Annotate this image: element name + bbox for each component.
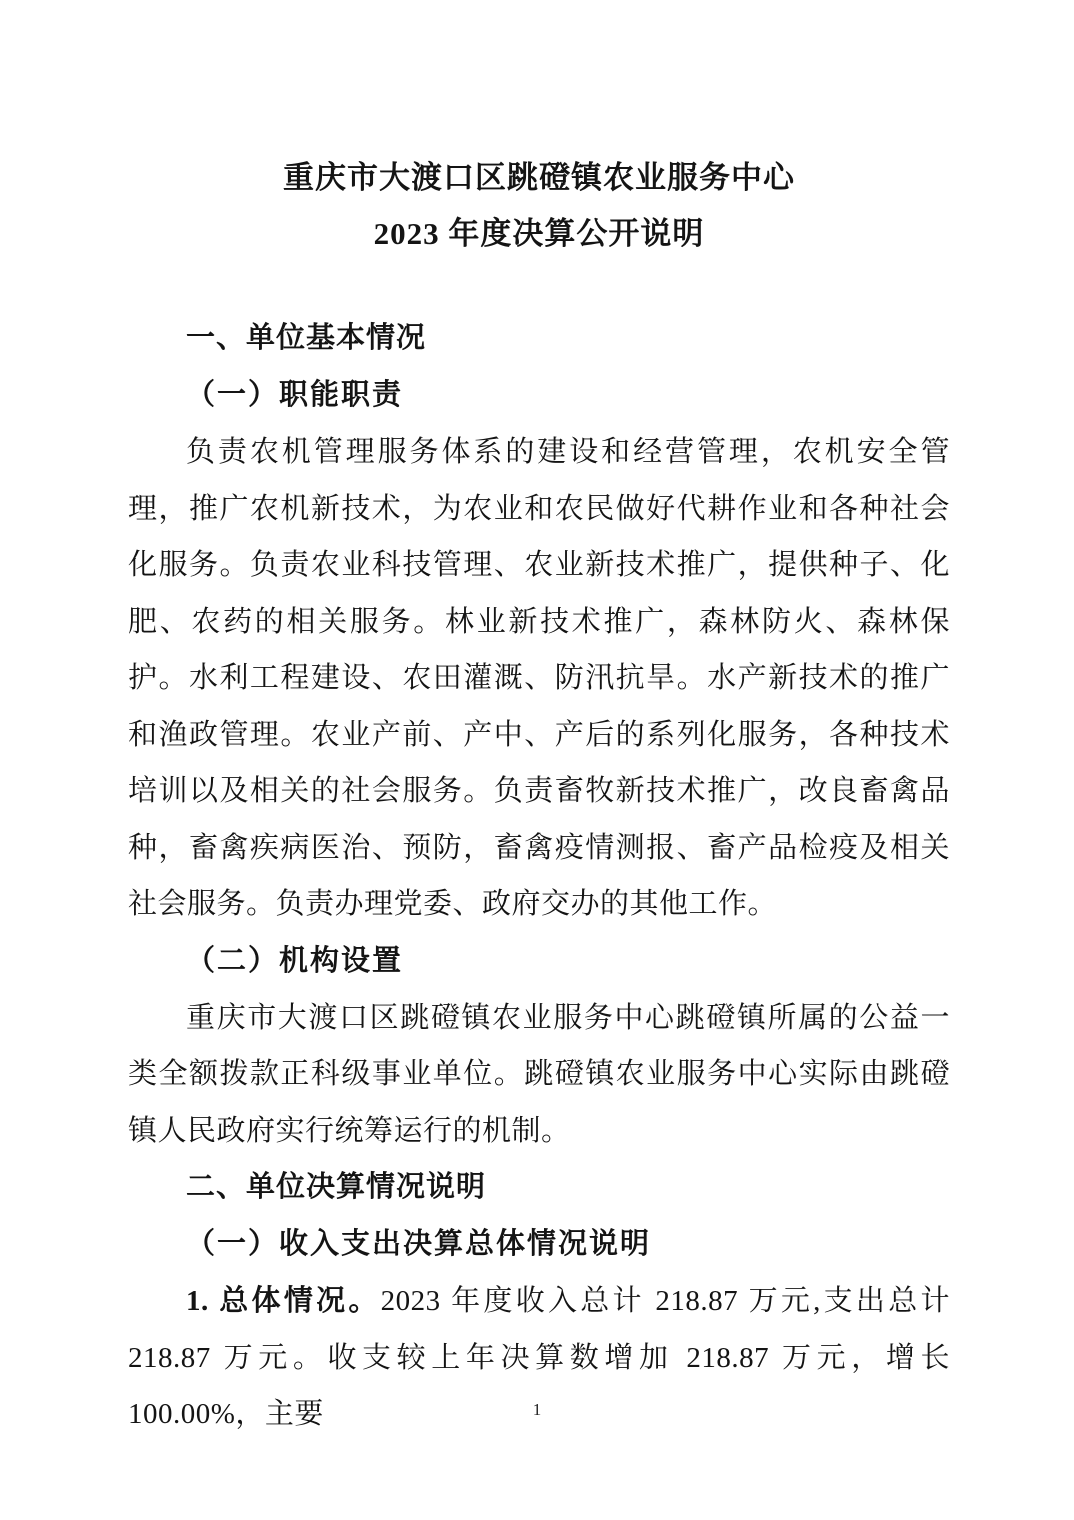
paragraph-lead-overall: 1. 总体情况。 <box>186 1285 381 1317</box>
title-line-2: 2023 年度决算公开说明 <box>128 206 950 262</box>
paragraph-organization: 重庆市大渡口区跳磴镇农业服务中心跳磴镇所属的公益一类全额拨款正科级事业单位。跳磴… <box>128 990 950 1160</box>
title-line-1: 重庆市大渡口区跳磴镇农业服务中心 <box>128 150 950 206</box>
section-heading-basic-info: 一、单位基本情况 <box>128 310 950 367</box>
subsection-heading-income-expenditure: （一）收入支出决算总体情况说明 <box>128 1216 950 1273</box>
document-title: 重庆市大渡口区跳磴镇农业服务中心 2023 年度决算公开说明 <box>128 150 950 262</box>
subsection-heading-duties: （一）职能职责 <box>128 367 950 424</box>
page-number: 1 <box>0 1400 1074 1420</box>
subsection-heading-organization: （二）机构设置 <box>128 933 950 990</box>
paragraph-duties: 负责农机管理服务体系的建设和经营管理，农机安全管理，推广农机新技术，为农业和农民… <box>128 424 950 933</box>
document-page: 重庆市大渡口区跳磴镇农业服务中心 2023 年度决算公开说明 一、单位基本情况 … <box>0 0 1074 1520</box>
section-heading-final-accounts: 二、单位决算情况说明 <box>128 1159 950 1216</box>
